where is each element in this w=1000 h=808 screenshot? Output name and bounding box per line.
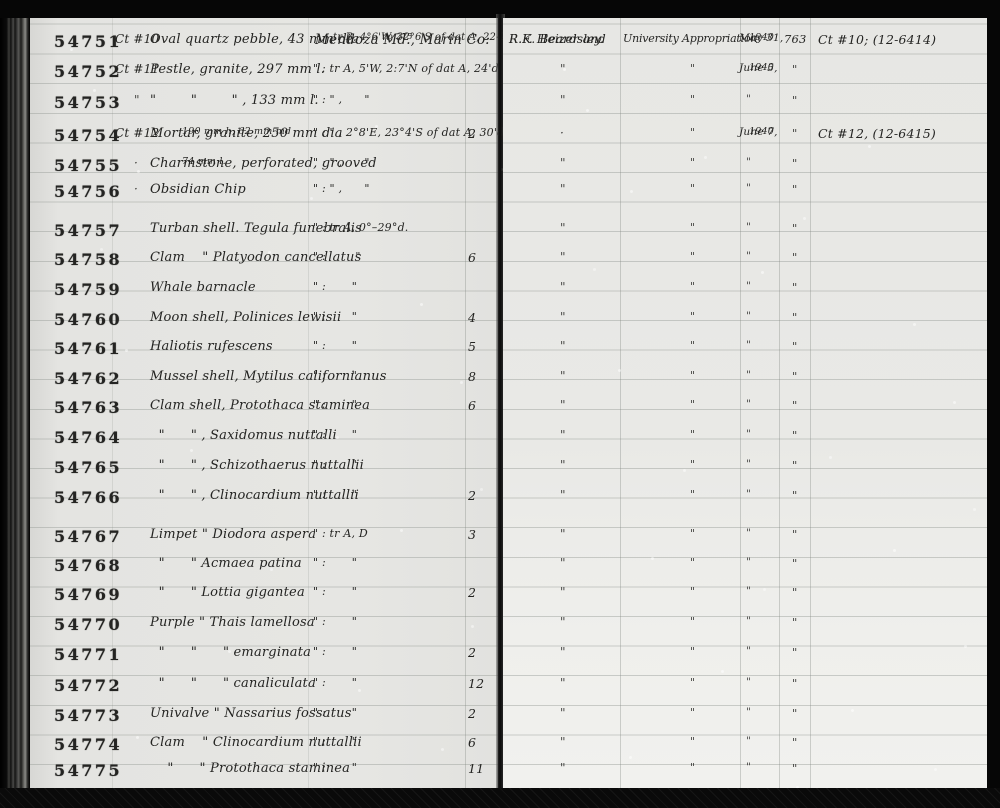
specimen-count: 2 xyxy=(468,706,476,721)
appropriation-source: " xyxy=(690,156,695,169)
accession-date-year: 1940 xyxy=(749,126,774,137)
catalog-number-stamp: 54769 xyxy=(54,585,122,604)
catalog-number-stamp: 54765 xyxy=(54,458,122,477)
ledger-row-left: 54753 " " " " , 133 mm l. " : " , " xyxy=(30,89,498,119)
ledger-row-right: " " " " xyxy=(503,484,987,514)
locality-notes: " : " , " xyxy=(313,156,370,169)
ledger-row-right: " " " " xyxy=(503,552,987,582)
ledger-row-right: " " " " xyxy=(503,217,987,247)
locality-notes: " : " xyxy=(313,761,357,774)
catalog-number-stamp: 54768 xyxy=(54,556,122,575)
collector-name: " xyxy=(560,280,566,294)
appropriation-source: " xyxy=(690,93,695,106)
remarks: Ct #10; (12-6414) xyxy=(818,32,936,47)
catalog-number-stamp: 54767 xyxy=(54,527,122,546)
accession-date: " xyxy=(746,761,751,773)
collector-name: " xyxy=(560,156,566,170)
collector-name: " xyxy=(560,645,566,659)
accession-date: " xyxy=(746,458,751,470)
collector-name: " xyxy=(560,398,566,412)
ledger-row-right: " " " " xyxy=(503,641,987,671)
collector-name: " xyxy=(560,93,566,107)
catalog-number-stamp: 54766 xyxy=(54,488,122,507)
catalog-number-stamp: 54760 xyxy=(54,310,122,329)
accession-number: " xyxy=(792,615,798,629)
accession-number: " xyxy=(792,488,798,502)
accession-number: " xyxy=(792,676,798,690)
ledger-row-right: " " " " xyxy=(503,365,987,395)
specimen-description: " " " , 133 mm l. xyxy=(150,93,319,108)
catalog-number-stamp: 54761 xyxy=(54,339,122,358)
catalog-number-stamp: 54775 xyxy=(54,761,122,780)
ledger-row-right: " " " " xyxy=(503,611,987,641)
specimen-description: " " Lottia gigantea xyxy=(150,585,305,600)
ledger-left-page: 54751 Ct #10 Oval quartz pebble, 43 mm d… xyxy=(30,18,498,788)
accession-date: " xyxy=(746,182,751,194)
collector-name: " xyxy=(560,488,566,502)
ledger-row-left: 54759 Whale barnacle " : " xyxy=(30,276,498,306)
specimen-description: Obsidian Chip xyxy=(150,182,246,197)
accession-date: " xyxy=(746,585,751,597)
accession-date-year: 1940 xyxy=(749,32,774,43)
accession-number: " xyxy=(792,398,798,412)
accession-number: " xyxy=(792,458,798,472)
locality-notes: " : " xyxy=(313,488,357,501)
remarks: Ct #12, (12-6415) xyxy=(818,126,936,141)
locality-notes: " : " xyxy=(313,250,361,263)
appropriation-source: University Appropriation xyxy=(623,32,757,45)
accession-number: " xyxy=(792,182,798,196)
collector-name: " xyxy=(560,221,566,235)
ledger-row-right: " " " " xyxy=(503,276,987,306)
ledger-row-left: 54772 " " " canaliculata " : " 12 xyxy=(30,672,498,702)
accession-number: 763 xyxy=(784,32,807,46)
locality-notes: " : " xyxy=(313,676,357,689)
accession-number: " xyxy=(792,428,798,442)
specimen-count: 2 xyxy=(468,126,476,141)
accession-date: " xyxy=(746,527,751,539)
appropriation-source: " xyxy=(690,126,695,139)
appropriation-source: " xyxy=(690,556,695,569)
accession-date: " xyxy=(746,250,751,262)
appropriation-source: " xyxy=(690,250,695,263)
appropriation-source: " xyxy=(690,182,695,195)
specimen-description: " " " emarginata xyxy=(150,645,311,660)
accession-date: " xyxy=(746,369,751,381)
ledger-row-left: 54758 Clam " Platyodon cancellatus " : "… xyxy=(30,246,498,276)
catalog-number-stamp: 54751 xyxy=(54,32,122,51)
appropriation-source: " xyxy=(690,369,695,382)
locality-notes: " : " xyxy=(313,428,357,441)
specimen-description: Whale barnacle xyxy=(150,280,256,295)
collector-name: " xyxy=(560,585,566,599)
accession-number: " xyxy=(792,339,798,353)
specimen-count: 6 xyxy=(468,398,476,413)
collector-name: " xyxy=(560,62,566,76)
ledger-row-right: " " " " xyxy=(503,89,987,119)
catalog-number-stamp: 54770 xyxy=(54,615,122,634)
specimen-count: 2 xyxy=(468,488,476,503)
ledger-row-left: 54775 " " Protothaca staminea " : " 11 xyxy=(30,757,498,787)
specimen-description-subline: 190 mm h, 62 mm md xyxy=(182,126,291,137)
appropriation-source: " xyxy=(690,458,695,471)
collector-name: " xyxy=(560,182,566,196)
collector-name: " xyxy=(560,556,566,570)
locality-notes: " : " xyxy=(313,645,357,658)
ledger-row-left: 54771 " " " emarginata " : " 2 xyxy=(30,641,498,671)
accession-date-year: 1940 xyxy=(749,62,774,73)
locality-notes: " : " xyxy=(313,339,357,352)
collector-name: " xyxy=(560,310,566,324)
locality-notes: " : " , " xyxy=(313,93,370,106)
accession-number: " xyxy=(792,250,798,264)
specimen-description: Haliotis rufescens xyxy=(150,339,273,354)
catalog-number-stamp: 54773 xyxy=(54,706,122,725)
catalog-number-stamp: 54758 xyxy=(54,250,122,269)
collector-name: " xyxy=(560,369,566,383)
appropriation-source: " xyxy=(690,761,695,774)
specimen-description: " " , Saxidomus nuttalli xyxy=(150,428,337,443)
appropriation-source: " xyxy=(690,527,695,540)
accession-number: " xyxy=(792,645,798,659)
catalog-number-stamp: 54757 xyxy=(54,221,122,240)
catalog-number-stamp: 54762 xyxy=(54,369,122,388)
ledger-row-left: 54769 " " Lottia gigantea " : " 2 xyxy=(30,581,498,611)
appropriation-source: " xyxy=(690,310,695,323)
collector-name: " xyxy=(560,735,566,749)
accession-date: " xyxy=(746,615,751,627)
specimen-count: 6 xyxy=(468,735,476,750)
locality-notes: " : " xyxy=(313,556,357,569)
locality-notes: " : " xyxy=(313,398,357,411)
accession-number: " xyxy=(792,310,798,324)
locality-notes: " : " xyxy=(313,458,357,471)
collector-name: " xyxy=(560,615,566,629)
catalog-number-stamp: 54759 xyxy=(54,280,122,299)
specimen-count: 2 xyxy=(468,645,476,660)
accession-number: " xyxy=(792,126,798,140)
accession-date: " xyxy=(746,556,751,568)
catalog-number-stamp: 54772 xyxy=(54,676,122,695)
collector-name: " xyxy=(560,428,566,442)
collector-name: " xyxy=(560,527,566,541)
locality-notes: " : " xyxy=(313,615,357,628)
ledger-row-right: R.F. Heizer and R.K. Beardsley. Universi… xyxy=(503,28,987,58)
accession-ref: · xyxy=(134,156,138,170)
appropriation-source: " xyxy=(690,428,695,441)
catalog-number-stamp: 54755 xyxy=(54,156,122,175)
ledger-row-left: 54765 " " , Schizothaerus nuttallii " : … xyxy=(30,454,498,484)
appropriation-source: " xyxy=(690,615,695,628)
locality-notes: " : " xyxy=(313,369,357,382)
accession-date: " xyxy=(746,706,751,718)
ledger-right-page: R.F. Heizer and R.K. Beardsley. Universi… xyxy=(503,18,987,788)
ledger-row-left: 54761 Haliotis rufescens " : " 5 xyxy=(30,335,498,365)
appropriation-source: " xyxy=(690,676,695,689)
appropriation-source: " xyxy=(690,488,695,501)
ledger-row-left: 54766 " " , Clinocardium nuttallii " : "… xyxy=(30,484,498,514)
accession-date: " xyxy=(746,93,751,105)
ledger-scan: 54751 Ct #10 Oval quartz pebble, 43 mm d… xyxy=(0,0,1000,808)
accession-ref: · xyxy=(134,182,138,196)
specimen-description: " " " canaliculata xyxy=(150,676,316,691)
ledger-row-left: 54762 Mussel shell, Mytilus californianu… xyxy=(30,365,498,395)
locality-notes: " : " xyxy=(313,706,357,719)
accession-date: " xyxy=(746,398,751,410)
accession-number: " xyxy=(792,585,798,599)
specimen-count: 4 xyxy=(468,310,476,325)
specimen-count: 12 xyxy=(468,676,484,691)
accession-date: " xyxy=(746,280,751,292)
book-spine-page-edges xyxy=(0,0,30,790)
ledger-row-left: 54756 · Obsidian Chip " : " , " xyxy=(30,178,498,208)
collector-name: " xyxy=(560,339,566,353)
appropriation-source: " xyxy=(690,585,695,598)
specimen-description: Limpet " Diodora aspera xyxy=(150,527,316,542)
ledger-row-right: " " " " xyxy=(503,672,987,702)
ledger-row-right: " " " " xyxy=(503,246,987,276)
ledger-row-right: " " " " xyxy=(503,394,987,424)
accession-date: " xyxy=(746,156,751,168)
ledger-row-left: 54752 Ct #11 Pestle, granite, 297 mm l. … xyxy=(30,58,498,88)
appropriation-source: " xyxy=(690,645,695,658)
collector-name: " xyxy=(560,458,566,472)
collector-name: " xyxy=(560,676,566,690)
accession-date: " xyxy=(746,645,751,657)
ledger-row-left: 54757 Turban shell. Tegula funebralis " … xyxy=(30,217,498,247)
accession-number: " xyxy=(792,62,798,76)
accession-date: " xyxy=(746,339,751,351)
locality-notes: " : tr A, 5'W, 2:7'N of dat A, 24'd xyxy=(313,62,499,75)
appropriation-source: " xyxy=(690,221,695,234)
accession-number: " xyxy=(792,369,798,383)
specimen-count: 11 xyxy=(468,761,484,776)
locality-notes: " : " xyxy=(313,585,357,598)
specimen-description: Purple " Thais lamellosa xyxy=(150,615,315,630)
specimen-description: Pestle, granite, 297 mm l. xyxy=(150,62,325,77)
accession-ref: " xyxy=(134,93,140,107)
collector-name: · xyxy=(560,126,564,140)
ledger-row-left: 54754 Ct #12 Mortar, granite, 250 mm dia… xyxy=(30,122,498,152)
scan-border-bottom xyxy=(0,788,1000,808)
collector-name: " xyxy=(560,250,566,264)
ledger-row-left: 54767 Limpet " Diodora aspera " : tr A, … xyxy=(30,523,498,553)
appropriation-source: " xyxy=(690,280,695,293)
catalog-number-stamp: 54752 xyxy=(54,62,122,81)
appropriation-source: " xyxy=(690,735,695,748)
ledger-row-right: " " " " xyxy=(503,178,987,208)
locality-notes: " : tr A, D xyxy=(313,527,368,540)
collector-name-line2: R.K. Beardsley. xyxy=(509,32,604,46)
catalog-number-stamp: 54756 xyxy=(54,182,122,201)
ledger-row-right: " " " " xyxy=(503,454,987,484)
ledger-row-left: 54764 " " , Saxidomus nuttalli " : " xyxy=(30,424,498,454)
ledger-row-right: " " " " xyxy=(503,757,987,787)
accession-number: " xyxy=(792,221,798,235)
scan-border-right xyxy=(987,0,1000,808)
specimen-description: " " Acmaea patina xyxy=(150,556,302,571)
catalog-number-stamp: 54771 xyxy=(54,645,122,664)
accession-date: " xyxy=(746,735,751,747)
accession-number: " xyxy=(792,761,798,775)
accession-date: " xyxy=(746,488,751,500)
ledger-row-left: 54763 Clam shell, Protothaca staminea " … xyxy=(30,394,498,424)
appropriation-source: " xyxy=(690,62,695,75)
accession-number: " xyxy=(792,156,798,170)
locality-notes: " : " xyxy=(313,735,357,748)
accession-date: " xyxy=(746,676,751,688)
appropriation-source: " xyxy=(690,706,695,719)
accession-number: " xyxy=(792,556,798,570)
ledger-row-right: " " " " xyxy=(503,523,987,553)
ledger-row-left: 54773 Univalve " Nassarius fossatus " : … xyxy=(30,702,498,732)
collector-name: " xyxy=(560,761,566,775)
accession-number: " xyxy=(792,706,798,720)
ledger-row-right: " " " " xyxy=(503,306,987,336)
specimen-description-subline: 74 mm l. xyxy=(182,156,226,167)
ledger-row-left: 54770 Purple " Thais lamellosa " : " xyxy=(30,611,498,641)
specimen-count: 8 xyxy=(468,369,476,384)
ledger-row-right: · " June 7, 1940 " Ct #12, (12-6415) xyxy=(503,122,987,152)
accession-number: " xyxy=(792,735,798,749)
ledger-row-right: " " " " xyxy=(503,702,987,732)
ledger-row-left: 54751 Ct #10 Oval quartz pebble, 43 mm d… xyxy=(30,28,498,58)
catalog-number-stamp: 54763 xyxy=(54,398,122,417)
locality-notes: " : " xyxy=(313,280,357,293)
catalog-number-stamp: 54753 xyxy=(54,93,122,112)
ledger-row-right: " " " " xyxy=(503,335,987,365)
locality-notes: " : " xyxy=(313,310,357,323)
specimen-count: 6 xyxy=(468,250,476,265)
ledger-row-left: 54768 " " Acmaea patina " : " xyxy=(30,552,498,582)
specimen-count: 2 xyxy=(468,585,476,600)
accession-date: " xyxy=(746,428,751,440)
catalog-number-stamp: 54774 xyxy=(54,735,122,754)
accession-number: " xyxy=(792,280,798,294)
ledger-row-right: " " " " xyxy=(503,581,987,611)
catalog-number-stamp: 54764 xyxy=(54,428,122,447)
accession-date: " xyxy=(746,221,751,233)
collector-name: " xyxy=(560,706,566,720)
accession-number: " xyxy=(792,527,798,541)
ledger-row-left: 54760 Moon shell, Polinices lewisii " : … xyxy=(30,306,498,336)
ledger-row-right: " " June 5, 1940 " xyxy=(503,58,987,88)
accession-date: " xyxy=(746,310,751,322)
ledger-row-right: " " " " xyxy=(503,424,987,454)
specimen-count: 3 xyxy=(468,527,476,542)
locality-notes: " : tr A, 0°–29°d. xyxy=(313,221,409,234)
locality-notes: " : " , " xyxy=(313,182,370,195)
accession-number: " xyxy=(792,93,798,107)
appropriation-source: " xyxy=(690,339,695,352)
catalog-number-stamp: 54754 xyxy=(54,126,122,145)
specimen-count: 5 xyxy=(468,339,476,354)
appropriation-source: " xyxy=(690,398,695,411)
